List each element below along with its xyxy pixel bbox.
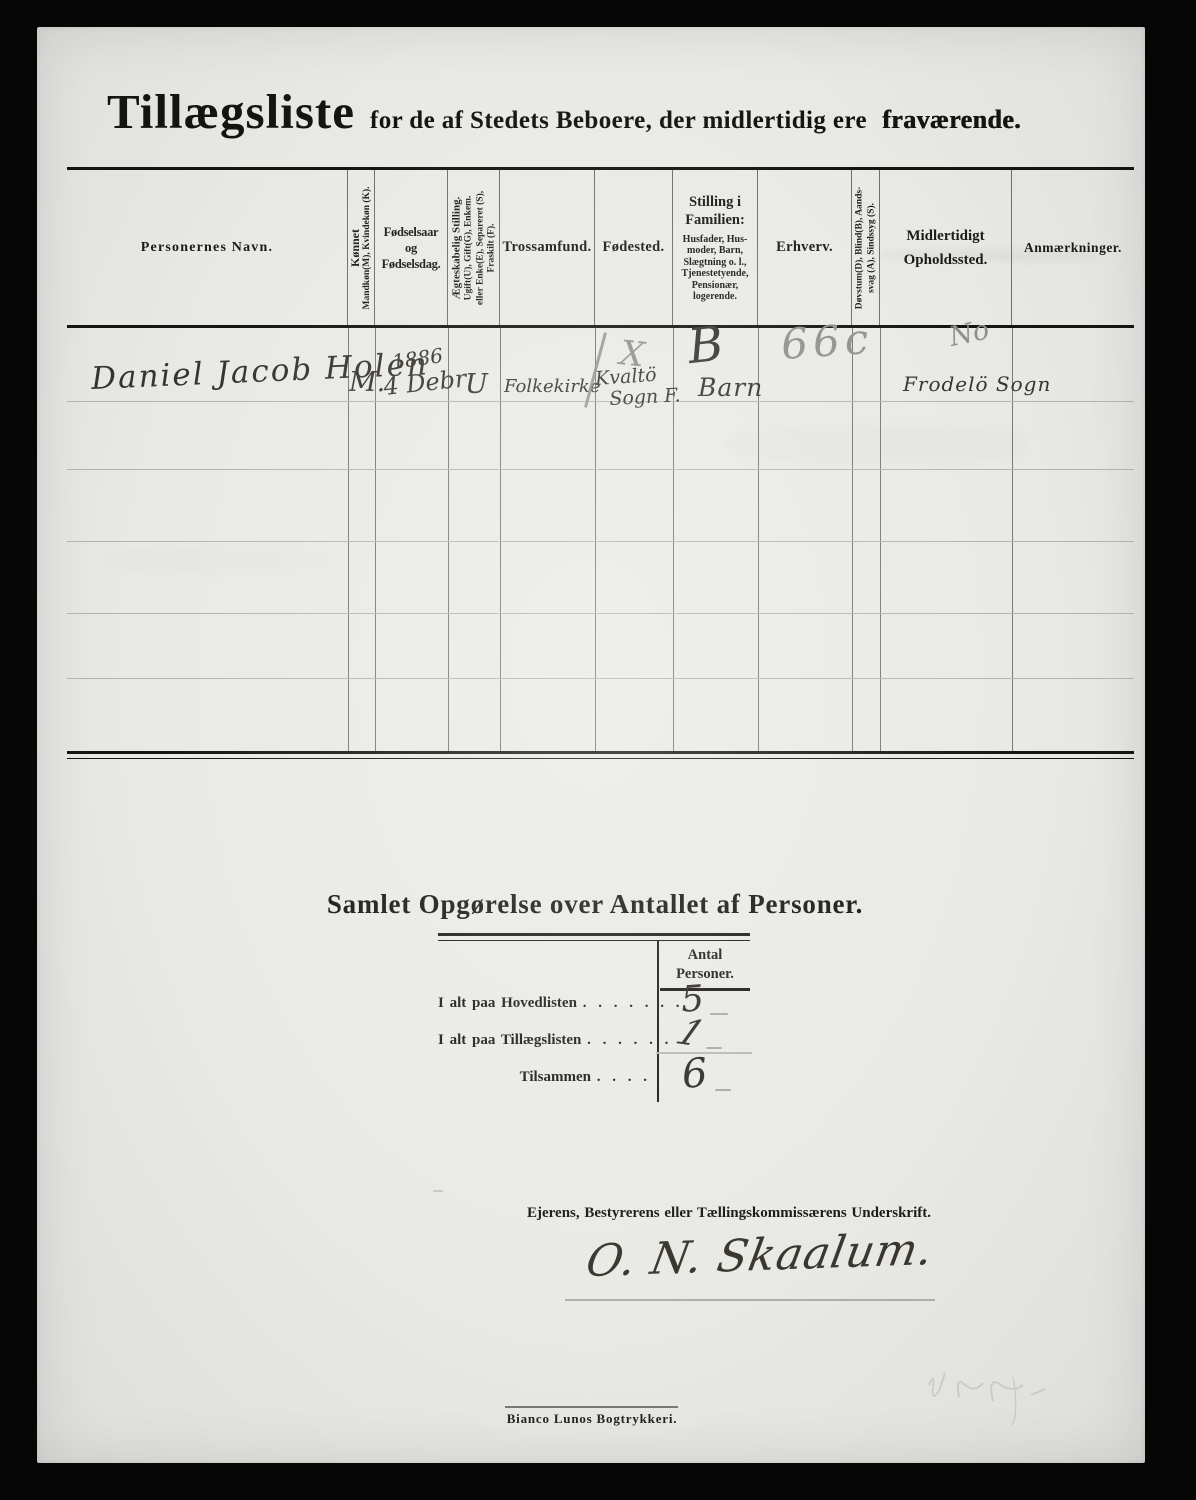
entry-faith-handwritten: Folkekirke: [504, 376, 601, 397]
summary-count-column-header: Antal Personer.: [660, 946, 750, 984]
page-title-emphasis: fraværende.: [882, 105, 1021, 135]
summary-top-rule: [438, 933, 750, 941]
pencil-dash: [710, 1013, 728, 1015]
leader-dots: . . . . . . .: [583, 995, 683, 1011]
scanned-document: { "colors": { "paper": "#e9e9e6", "ink":…: [0, 0, 1196, 1500]
summary-table: Antal Personer. I alt paa Hovedlisten . …: [438, 933, 750, 1111]
entry-residence-pencil-note: No: [947, 314, 992, 353]
summary-row-tilsammen-value-handwritten: 6: [680, 1050, 709, 1098]
signature-handwritten: O. N. Skaalum.: [576, 1224, 945, 1288]
summary-count-header-rule: [660, 988, 750, 991]
entry-family-flourish-handwritten: B: [685, 316, 726, 375]
entry-sex-handwritten: M.: [349, 367, 385, 398]
handwritten-entry-row: Daniel Jacob Holen M. 1886 4 Debr U Folk…: [67, 167, 1134, 759]
entry-birthplace-line2-handwritten: Sogn F.: [609, 384, 681, 410]
summary-row-tillaegslisten-label: I alt paa Tillægslisten . . . . . .: [438, 1032, 650, 1049]
summary-title: Samlet Opgørelse over Antallet af Person…: [295, 889, 895, 920]
summary-row-hovedlisten-label: I alt paa Hovedlisten . . . . . . .: [438, 995, 650, 1012]
summary-row-tillaegslisten-value-handwritten: 1: [670, 1013, 712, 1055]
summary-row-tilsammen-label: Tilsammen . . . .: [438, 1069, 650, 1086]
entry-marital-status-handwritten: U: [465, 369, 488, 400]
pencil-scribble: [917, 1347, 1107, 1437]
signature-caption: Ejerens, Bestyrerens eller Tællingskommi…: [449, 1205, 1009, 1222]
page-title-rest: for de af Stedets Beboere, der midlertid…: [370, 107, 867, 135]
page-title-main: Tillægsliste: [107, 83, 355, 140]
entry-residence-handwritten: Frodelö Sogn: [903, 372, 1051, 396]
entry-occupation-code-pencil: 66c: [780, 314, 875, 369]
leader-dots: . . . .: [597, 1069, 650, 1085]
page-title: Tillægsliste for de af Stedets Beboere, …: [107, 83, 1021, 140]
pencil-dash: [715, 1089, 731, 1091]
signature-baseline: [565, 1299, 935, 1301]
entry-family-position-handwritten: Barn: [698, 373, 763, 402]
summary-vertical-rule: [657, 940, 659, 1102]
pencil-mark: [433, 1190, 443, 1192]
leader-dots: . . . . . .: [587, 1032, 671, 1048]
imprint-rule: [505, 1406, 678, 1408]
printer-imprint: Bianco Lunos Bogtrykkeri.: [492, 1411, 692, 1427]
document-page: Tillægsliste for de af Stedets Beboere, …: [37, 27, 1145, 1463]
census-table: Personernes Navn. Kønnet Mandkøn(M), Kvi…: [67, 167, 1134, 759]
pencil-dash: [706, 1047, 722, 1049]
